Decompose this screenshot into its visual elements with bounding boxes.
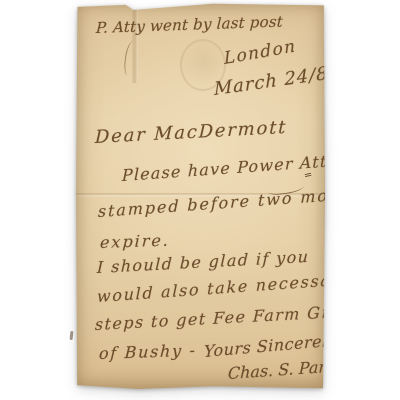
stray-mark xyxy=(70,331,74,340)
body-line: expire. xyxy=(100,231,171,252)
letter-paper-wrap: P. Atty went by last post London March 2… xyxy=(76,3,325,389)
salutation-line: Dear MacDermott xyxy=(95,117,288,148)
body-line: of Bushy - xyxy=(99,341,198,363)
signature: Chas. S. Parnell xyxy=(228,355,357,383)
postal-annotation: P. Atty went by last post xyxy=(96,12,284,37)
body-line: I should be glad if you xyxy=(97,247,310,277)
place-line: London xyxy=(223,36,297,69)
closing-line: Yours Sincerely xyxy=(204,330,337,361)
letter-paper: P. Atty went by last post London March 2… xyxy=(76,3,325,389)
body-line: steps to get Fee Farm Grant xyxy=(95,301,362,334)
letter-photograph: P. Atty went by last post London March 2… xyxy=(0,0,400,400)
body-line: stamped before two months xyxy=(98,183,372,221)
